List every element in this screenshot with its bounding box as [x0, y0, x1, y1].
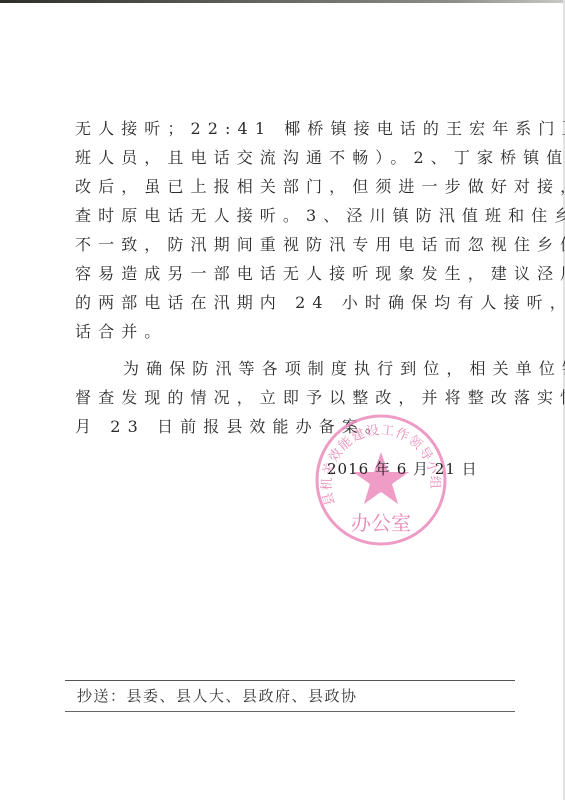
divider-bottom — [65, 711, 515, 712]
cc-line: 抄送：县委、县人大、县政府、县政协 — [65, 681, 515, 711]
scan-edge-top — [0, 0, 565, 3]
seal-center-text: 办公室 — [351, 511, 411, 535]
paragraph-1: 无人接听；22:41 椰桥镇接电话的王宏年系门卫（此人非值 班人员，且电话交流沟… — [75, 114, 495, 346]
text-line: 话合并。 — [75, 317, 495, 346]
text-line: 容易造成另一部电话无人接听现象发生，建议泾川镇上报 — [75, 259, 495, 288]
text-line: 班人员，且电话交流沟通不畅）。2、丁家桥镇值班电话更 — [75, 143, 495, 172]
text-line: 督查发现的情况，立即予以整改，并将整改落实情况于 6 — [75, 383, 495, 412]
cc-recipients: 县委、县人大、县政府、县政协 — [127, 687, 358, 705]
text-line: 为确保防汛等各项制度执行到位，相关单位针对暗访 — [75, 354, 495, 383]
text-line: 不一致，防汛期间重视防汛专用电话而忽视住乡值班电话， — [75, 230, 495, 259]
official-seal-stamp: 县机关效能建设工作领导小组 办公室 — [313, 412, 449, 548]
text-line: 的两部电话在汛期内 24 小时确保均有人接听，或将两部电 — [75, 288, 495, 317]
cc-block: 抄送：县委、县人大、县政府、县政协 — [65, 680, 515, 712]
signature-date: 2016 年 6 月 21 日 — [327, 458, 478, 479]
text-line: 查时原电话无人接听。3、泾川镇防汛值班和住乡值班电话 — [75, 201, 495, 230]
text-line: 改后，虽已上报相关部门，但须进一步做好对接，以防督 — [75, 172, 495, 201]
document-body: 无人接听；22:41 椰桥镇接电话的王宏年系门卫（此人非值 班人员，且电话交流沟… — [75, 114, 495, 441]
text-line: 无人接听；22:41 椰桥镇接电话的王宏年系门卫（此人非值 — [75, 114, 495, 143]
cc-label: 抄送： — [77, 687, 127, 705]
